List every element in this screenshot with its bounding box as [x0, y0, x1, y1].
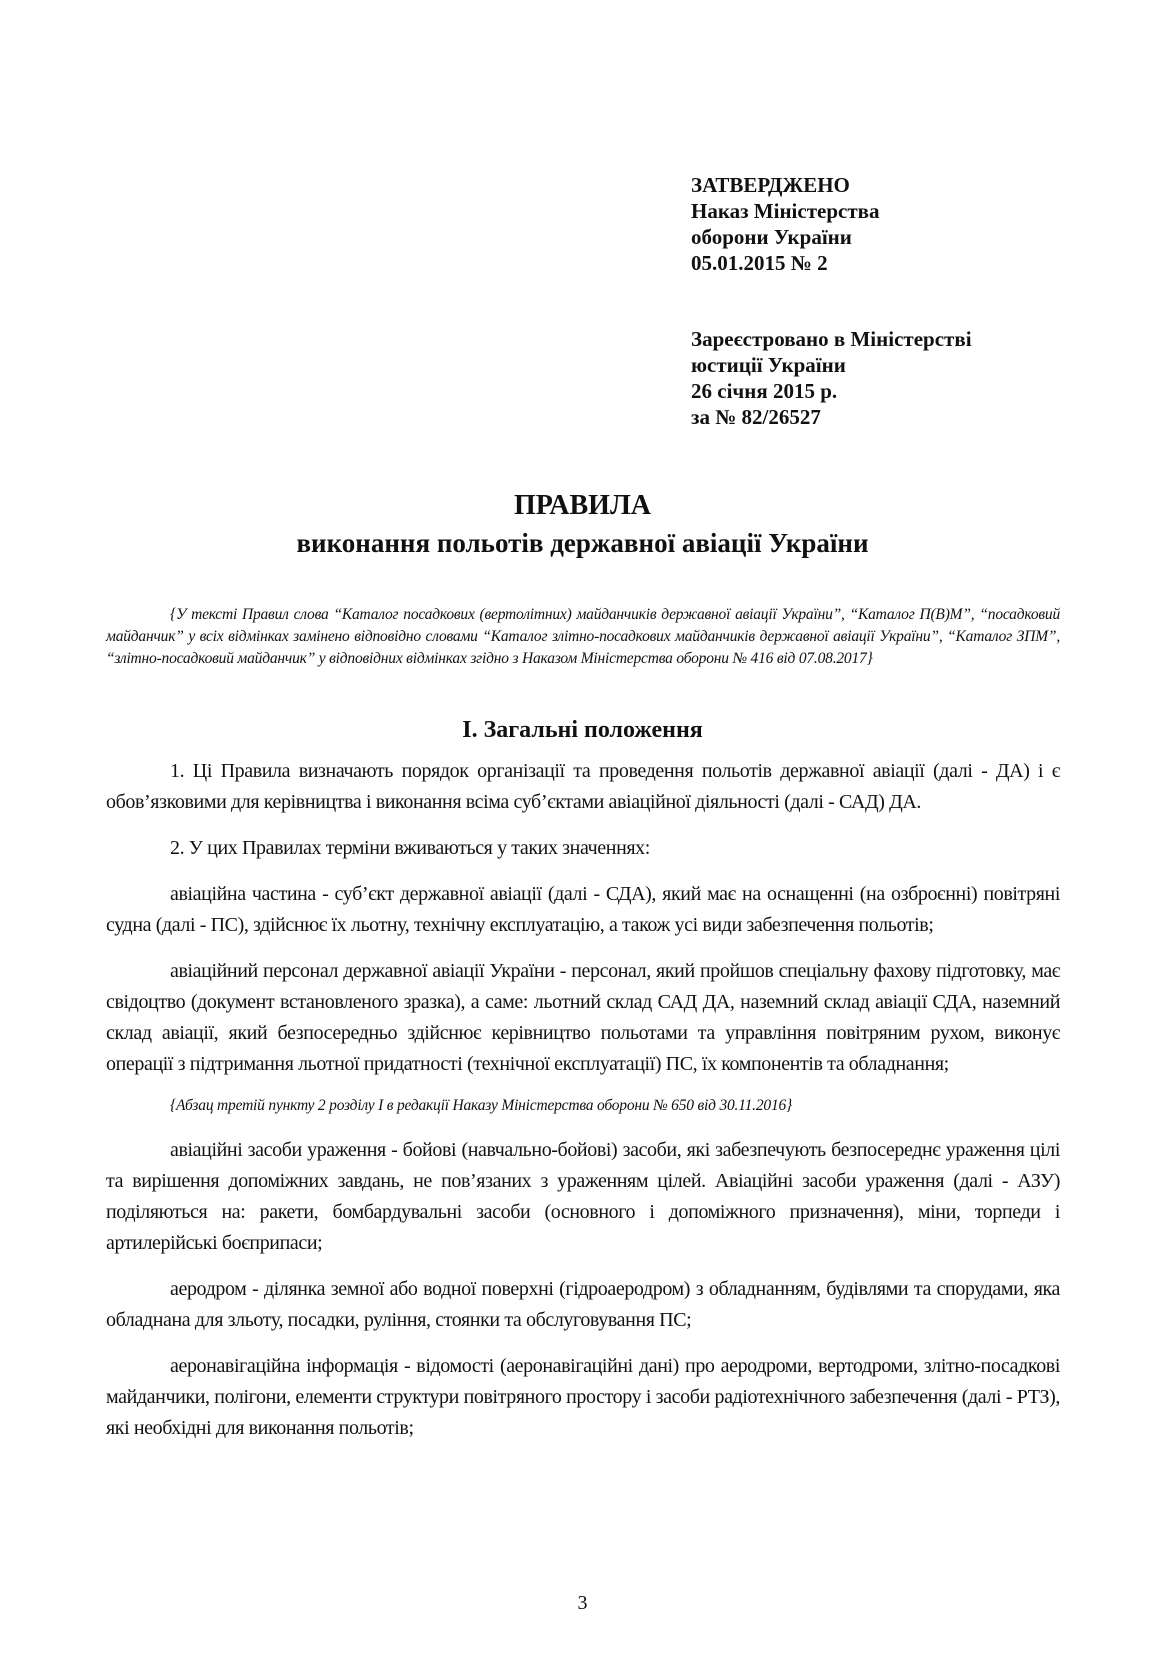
- registration-line: за № 82/26527: [691, 404, 972, 430]
- paragraph: авіаційна частина - суб’єкт державної ав…: [106, 879, 1060, 941]
- document-title: ПРАВИЛА: [0, 488, 1165, 524]
- approval-line: оборони України: [691, 224, 880, 250]
- approval-line: 05.01.2015 № 2: [691, 250, 880, 276]
- registration-line: Зареєстровано в Міністерстві: [691, 326, 972, 352]
- registration-line: юстиції України: [691, 352, 972, 378]
- paragraph: 2. У цих Правилах терміни вживаються у т…: [106, 833, 1060, 864]
- registration-line: 26 січня 2015 р.: [691, 378, 972, 404]
- paragraph: 1. Ці Правила визначають порядок організ…: [106, 756, 1060, 818]
- page-number: 3: [0, 1592, 1165, 1615]
- editorial-note: {У тексті Правил слова “Каталог посадков…: [106, 604, 1060, 670]
- paragraph: авіаційний персонал державної авіації Ук…: [106, 956, 1060, 1080]
- registration-stamp: Зареєстровано в Міністерстві юстиції Укр…: [691, 326, 972, 430]
- amendment-note: {Абзац третій пункту 2 розділу I в редак…: [106, 1095, 1060, 1117]
- approval-stamp: ЗАТВЕРДЖЕНО Наказ Міністерства оборони У…: [691, 172, 880, 276]
- paragraph: авіаційні засоби ураження - бойові (навч…: [106, 1135, 1060, 1259]
- approval-line: ЗАТВЕРДЖЕНО: [691, 172, 880, 198]
- document-subtitle: виконання польотів державної авіації Укр…: [0, 526, 1165, 560]
- section-heading: I. Загальні положення: [0, 714, 1165, 746]
- paragraph: аеродром - ділянка земної або водної пов…: [106, 1274, 1060, 1336]
- approval-line: Наказ Міністерства: [691, 198, 880, 224]
- paragraph: аеронавігаційна інформація - відомості (…: [106, 1351, 1060, 1444]
- scan-artifact: [138, 139, 139, 140]
- document-body: 1. Ці Правила визначають порядок організ…: [106, 756, 1060, 1459]
